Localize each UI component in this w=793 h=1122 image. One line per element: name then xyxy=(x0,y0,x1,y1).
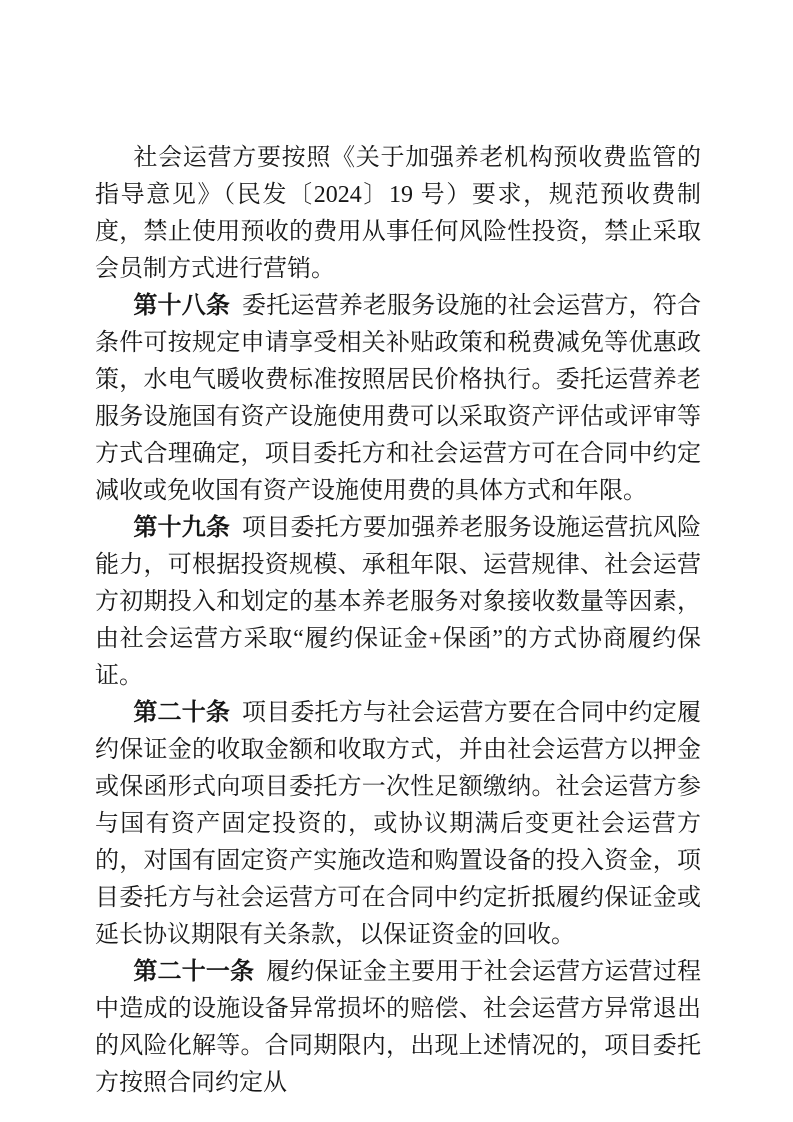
article-number-label: 第二十条 xyxy=(133,700,230,726)
article-number-label: 第十九条 xyxy=(133,515,230,541)
document-body: 社会运营方要按照《关于加强养老机构预收费监管的指导意见》（民发〔2024〕19 … xyxy=(95,140,701,1102)
paragraph-text: 社会运营方要按照《关于加强养老机构预收费监管的指导意见》（民发〔2024〕19 … xyxy=(95,145,701,282)
article-number-label: 第十八条 xyxy=(133,293,230,319)
paragraph-text: 项目委托方要加强养老服务设施运营抗风险能力，可根据投资规模、承租年限、运营规律、… xyxy=(95,515,701,689)
paragraph-text: 委托运营养老服务设施的社会运营方，符合条件可按规定申请享受相关补贴政策和税费减免… xyxy=(95,293,701,504)
paragraph-article-21: 第二十一条履约保证金主要用于社会运营方运营过程中造成的设施设备异常损坏的赔偿、社… xyxy=(95,954,701,1102)
paragraph-prepaid-fee-rules: 社会运营方要按照《关于加强养老机构预收费监管的指导意见》（民发〔2024〕19 … xyxy=(95,140,701,288)
paragraph-text: 项目委托方与社会运营方要在合同中约定履约保证金的收取金额和收取方式，并由社会运营… xyxy=(95,700,701,948)
paragraph-article-20: 第二十条项目委托方与社会运营方要在合同中约定履约保证金的收取金额和收取方式，并由… xyxy=(95,695,701,954)
article-number-label: 第二十一条 xyxy=(133,959,254,985)
document-page: 社会运营方要按照《关于加强养老机构预收费监管的指导意见》（民发〔2024〕19 … xyxy=(0,0,793,1122)
paragraph-article-18: 第十八条委托运营养老服务设施的社会运营方，符合条件可按规定申请享受相关补贴政策和… xyxy=(95,288,701,510)
paragraph-article-19: 第十九条项目委托方要加强养老服务设施运营抗风险能力，可根据投资规模、承租年限、运… xyxy=(95,510,701,695)
